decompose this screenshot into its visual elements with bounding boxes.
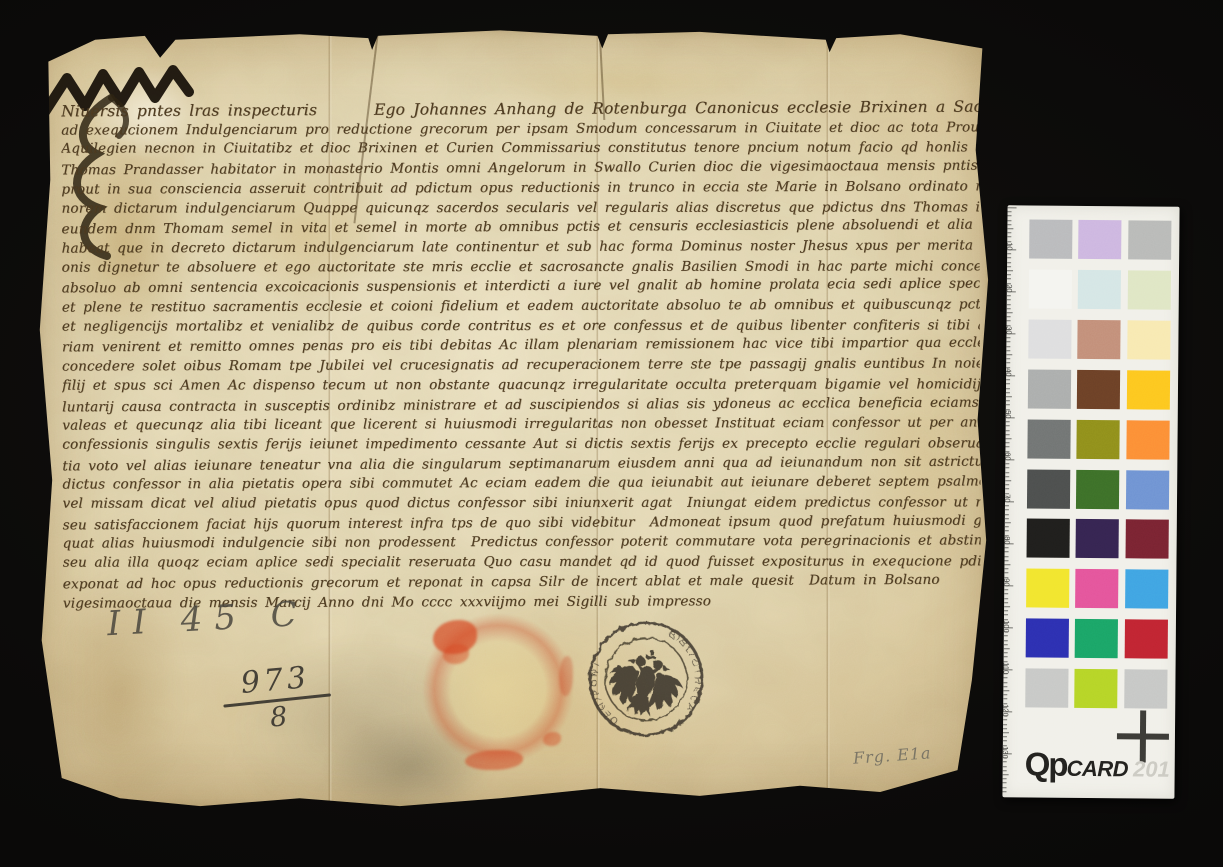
ruler-tick <box>1004 648 1010 649</box>
ruler-tick <box>1006 337 1010 338</box>
ruler-number: 130 <box>1001 746 1010 759</box>
ruler-tick <box>1005 489 1009 490</box>
manuscript-line: prout in sua consciencia asseruit contri… <box>61 177 979 200</box>
ruler-tick <box>1007 316 1011 317</box>
ruler-number: 20 <box>1005 284 1014 292</box>
ruler-tick <box>1003 770 1007 771</box>
color-swatch <box>1124 669 1167 708</box>
color-swatch <box>1125 619 1168 658</box>
ruler-number: 110 <box>1001 662 1010 674</box>
ruler-tick <box>1003 787 1007 788</box>
ruler-tick <box>1006 430 1010 431</box>
color-swatch <box>1077 370 1120 409</box>
ruler-tick <box>1004 568 1008 569</box>
swatch-grid <box>1008 205 1180 207</box>
ruler-tick <box>1007 295 1011 296</box>
ruler-tick <box>1004 606 1010 607</box>
manuscript-line: habeat que in decreto dictarum indulgenc… <box>62 236 980 259</box>
ruler-tick <box>1006 342 1010 343</box>
ruler-tick <box>1007 237 1011 238</box>
logo-model: 201 <box>1133 756 1170 781</box>
color-swatch <box>1027 419 1070 458</box>
color-swatch <box>1125 570 1168 609</box>
ruler-tick <box>1008 207 1017 208</box>
shelfmark: II 45 C <box>106 597 309 642</box>
ruler-tick <box>1005 514 1009 515</box>
shelfmark-fraction: 973 8 <box>214 661 339 736</box>
ruler-tick <box>1003 720 1007 721</box>
color-swatch <box>1026 619 1069 658</box>
color-swatch <box>1127 370 1170 409</box>
ruler-tick <box>1003 741 1007 742</box>
ruler-tick <box>1006 379 1010 380</box>
ruler-tick <box>1003 694 1007 695</box>
ruler-tick <box>1007 228 1013 229</box>
ruler-tick <box>1007 312 1013 313</box>
ruler-tick <box>1004 636 1008 637</box>
logo-qp: Qp <box>1025 745 1067 782</box>
ruler-tick <box>1005 505 1009 506</box>
ruler-tick <box>1004 640 1008 641</box>
photo-stage: Niuersis pntes lras inspecturis Ego Joha… <box>0 0 1223 867</box>
color-swatch <box>1028 319 1071 358</box>
color-swatch <box>1128 270 1171 309</box>
manuscript-line: vel missam dicat vel aliud pietatis opus… <box>62 493 980 514</box>
ruler-tick <box>1005 476 1009 477</box>
ruler-tick <box>1006 363 1010 364</box>
ruler-number: 70 <box>1003 494 1012 502</box>
ruler-tick <box>1003 724 1007 725</box>
color-swatch <box>1128 220 1171 259</box>
ruler-tick <box>1003 774 1009 775</box>
ruler-tick <box>1004 652 1008 653</box>
ruler-tick <box>1005 472 1009 473</box>
ruler-tick <box>1005 547 1009 548</box>
manuscript-line: et plene te restituo sacramentis ecclesi… <box>62 295 980 318</box>
ruler-tick <box>1006 426 1010 427</box>
ruler-tick <box>1003 766 1007 767</box>
ruler-tick <box>1004 560 1008 561</box>
color-swatch <box>1076 419 1119 458</box>
ruler-tick <box>1005 518 1009 519</box>
ruler-tick <box>1004 573 1008 574</box>
ruler-tick <box>1006 442 1010 443</box>
ruler-number: 40 <box>1004 368 1013 376</box>
ruler-tick <box>1003 762 1007 763</box>
ruler-tick <box>1006 392 1010 393</box>
manuscript-text: Niuersis pntes lras inspecturis Ego Joha… <box>61 98 981 621</box>
wax-seal-trace <box>412 603 584 775</box>
ruler-tick <box>1004 644 1008 645</box>
color-swatch <box>1028 369 1071 408</box>
ruler-tick <box>1004 610 1008 611</box>
ruler-tick <box>1005 484 1009 485</box>
ruler-tick <box>1006 346 1010 347</box>
ruler-tick <box>1006 384 1010 385</box>
ruler-tick <box>1005 556 1009 557</box>
ruler-number: 30 <box>1004 326 1013 334</box>
color-swatch <box>1077 320 1120 359</box>
ruler-tick <box>1006 405 1010 406</box>
ruler-tick <box>1006 421 1010 422</box>
ruler-tick <box>1003 783 1007 784</box>
ruler-number: 100 <box>1002 620 1011 633</box>
ruler-tick <box>1003 690 1009 691</box>
card-ruler: 102030405060708090100110120130 <box>1008 205 1180 207</box>
color-swatch <box>1076 469 1119 508</box>
ruler-tick <box>1003 682 1007 683</box>
ruler-tick <box>1007 262 1011 263</box>
ruler-tick <box>1006 438 1012 439</box>
color-swatch <box>1075 619 1118 658</box>
color-swatch <box>1075 569 1118 608</box>
ruler-number: 10 <box>1005 242 1014 250</box>
ruler-tick <box>1007 224 1011 225</box>
ruler-tick <box>1005 463 1009 464</box>
color-swatch <box>1025 669 1068 708</box>
ruler-number: 60 <box>1003 452 1012 460</box>
ruler-tick <box>1005 526 1009 527</box>
ruler-tick <box>1007 258 1011 259</box>
manuscript-line: concedere solet oibus Romam tpe Jubilei … <box>62 355 980 378</box>
library-stamp: BIBLIOTHECA OENIPONT <box>571 604 720 753</box>
logo-card: CARD <box>1066 756 1128 782</box>
ruler-tick <box>1005 531 1009 532</box>
ruler-tick <box>1003 778 1007 779</box>
ruler-number: 80 <box>1003 536 1012 544</box>
color-swatch <box>1029 269 1072 308</box>
ruler-number: 90 <box>1002 578 1011 586</box>
ruler-number: 50 <box>1004 410 1013 418</box>
color-swatch <box>1126 470 1169 509</box>
manuscript-line: confessionis singulis sextis ferijs ieiu… <box>62 434 980 455</box>
ruler-number: 120 <box>1001 704 1010 717</box>
ruler-tick <box>1004 602 1008 603</box>
ruler-tick <box>1007 304 1011 305</box>
ruler-tick <box>1005 522 1011 523</box>
ruler-tick <box>1005 552 1009 553</box>
double-headed-eagle-icon <box>601 643 689 724</box>
ruler-tick <box>1007 253 1011 254</box>
ruler-tick <box>1004 589 1008 590</box>
ruler-tick <box>1003 736 1007 737</box>
ruler-tick <box>1007 274 1011 275</box>
color-swatch <box>1126 420 1169 459</box>
color-swatch <box>1074 669 1117 708</box>
ruler-tick <box>1006 358 1010 359</box>
ruler-tick <box>1004 615 1008 616</box>
ruler-tick <box>1007 308 1011 309</box>
ruler-tick <box>1006 388 1010 389</box>
ruler-tick <box>1006 396 1012 397</box>
ruler-tick <box>1005 447 1009 448</box>
ruler-tick <box>1007 279 1011 280</box>
parchment-document: Niuersis pntes lras inspecturis Ego Joha… <box>35 28 990 810</box>
ruler-tick <box>1007 232 1011 233</box>
ruler-tick <box>1004 598 1008 599</box>
color-swatch <box>1026 569 1069 608</box>
qpcard-logo: QpCARD201 <box>1025 747 1170 781</box>
ruler-tick <box>1003 732 1009 733</box>
ruler-tick <box>1004 594 1008 595</box>
ruler-tick <box>1005 468 1009 469</box>
ruler-tick <box>1003 686 1007 687</box>
ruler-tick <box>1006 354 1012 355</box>
manuscript-line: filij et spus sci Amen Ac dispenso tecum… <box>62 375 980 396</box>
color-swatch <box>1127 320 1170 359</box>
manuscript-line: luntarij causa contracta in susceptis or… <box>62 393 980 418</box>
ruler-tick <box>1007 216 1011 217</box>
ruler-tick <box>1006 434 1010 435</box>
ruler-tick <box>1008 211 1012 212</box>
color-swatch <box>1078 220 1121 259</box>
ruler-tick <box>1004 657 1008 658</box>
ruler-tick <box>1006 350 1010 351</box>
ruler-tick <box>1003 728 1007 729</box>
ruler-tick <box>1003 699 1007 700</box>
color-swatch <box>1078 270 1121 309</box>
ruler-tick <box>1007 270 1013 271</box>
ruler-tick <box>1007 300 1011 301</box>
ruler-tick <box>1003 678 1007 679</box>
color-swatch <box>1029 219 1072 258</box>
color-swatch <box>1076 519 1119 558</box>
color-swatch <box>1027 469 1070 508</box>
ruler-tick <box>1007 321 1011 322</box>
color-swatch <box>1126 520 1169 559</box>
ruler-tick <box>1007 220 1011 221</box>
ruler-tick <box>1005 510 1009 511</box>
ruler-tick <box>1002 791 1006 792</box>
ruler-tick <box>1007 266 1011 267</box>
ruler-tick <box>1006 400 1010 401</box>
color-swatch <box>1027 519 1070 558</box>
color-card: 102030405060708090100110120130 QpCARD201 <box>1002 205 1179 798</box>
ruler-tick <box>1004 564 1010 565</box>
ruler-tick <box>1005 480 1011 481</box>
